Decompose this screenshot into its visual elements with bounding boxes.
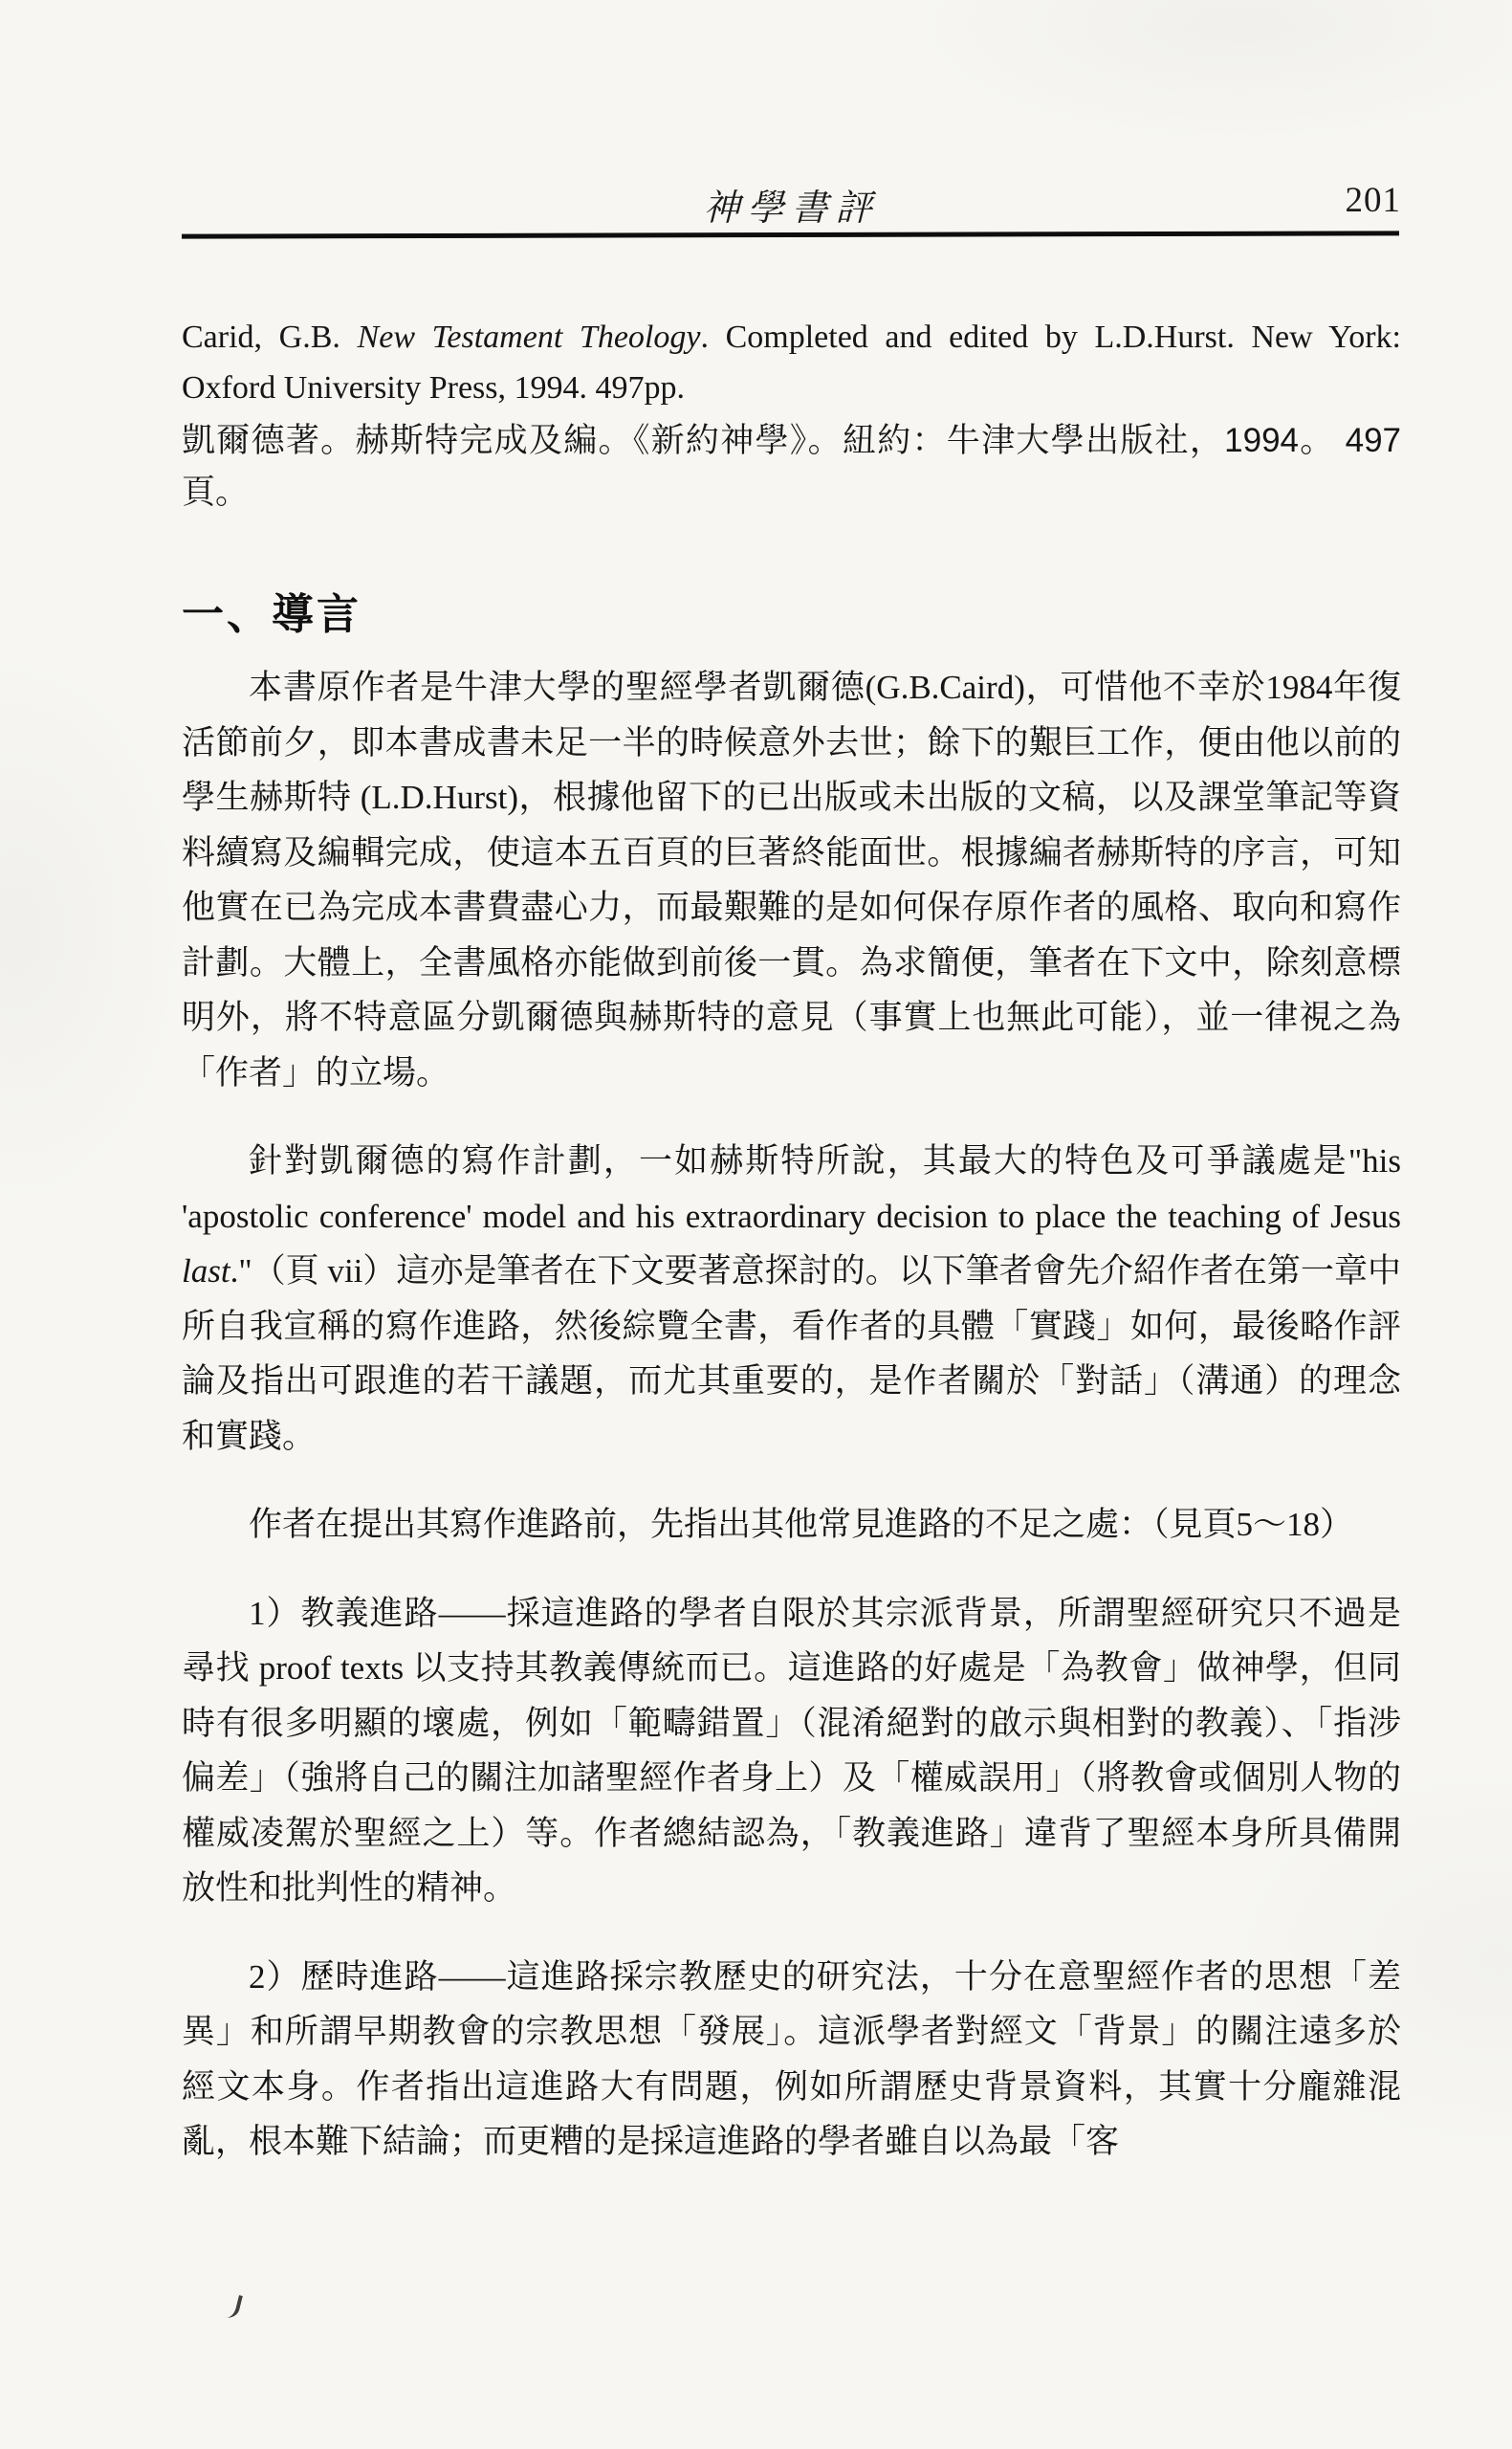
body-text: 本書原作者是牛津大學的聖經學者凱爾德(G.B.Caird)，可惜他不幸於1984… bbox=[182, 660, 1401, 2170]
citation-english: Carid, G.B. New Testament Theology. Comp… bbox=[182, 312, 1401, 413]
citation-block: Carid, G.B. New Testament Theology. Comp… bbox=[182, 312, 1401, 518]
citation-author: Carid, G.B. bbox=[182, 320, 358, 355]
section-heading: 一、導言 bbox=[182, 580, 362, 641]
journal-title: 神學書評 bbox=[182, 178, 1401, 231]
paragraph-approaches-note: 作者在提出其寫作進路前，先指出其他常見進路的不足之處：（見頁5～18） bbox=[182, 1497, 1401, 1553]
citation-book-title: New Testament Theology bbox=[358, 320, 701, 355]
writing-plan-italic-last: last bbox=[182, 1252, 230, 1290]
header-rule bbox=[182, 231, 1399, 238]
page-number: 201 bbox=[1346, 180, 1402, 221]
list-item-doctrinal-approach: 1）教義進路——採這進路的學者自限於其宗派背景，所謂聖經研究只不過是尋找 pro… bbox=[182, 1586, 1401, 1916]
writing-plan-text-post: ."（頁 vii）這亦是筆者在下文要著意探討的。以下筆者會先介紹作者在第一章中所… bbox=[182, 1252, 1401, 1455]
scanned-document-page: 神學書評 201 Carid, G.B. New Testament Theol… bbox=[0, 0, 1512, 2449]
paragraph-intro: 本書原作者是牛津大學的聖經學者凱爾德(G.B.Caird)，可惜他不幸於1984… bbox=[182, 660, 1401, 1100]
writing-plan-text-pre: 針對凱爾德的寫作計劃，一如赫斯特所說，其最大的特色及可爭議處是"his 'apo… bbox=[182, 1142, 1401, 1235]
list-item-diachronic-approach: 2）歷時進路——這進路採宗教歷史的研究法，十分在意聖經作者的思想「差異」和所謂早… bbox=[182, 1950, 1401, 2170]
paragraph-writing-plan: 針對凱爾德的寫作計劃，一如赫斯特所說，其最大的特色及可爭議處是"his 'apo… bbox=[182, 1134, 1401, 1464]
citation-chinese: 凱爾德著。赫斯特完成及編。《新約神學》。紐約：牛津大學出版社，1994。 497… bbox=[182, 415, 1401, 518]
page-header: 神學書評 201 bbox=[182, 178, 1401, 226]
scan-artifact-mark bbox=[225, 2293, 243, 2320]
